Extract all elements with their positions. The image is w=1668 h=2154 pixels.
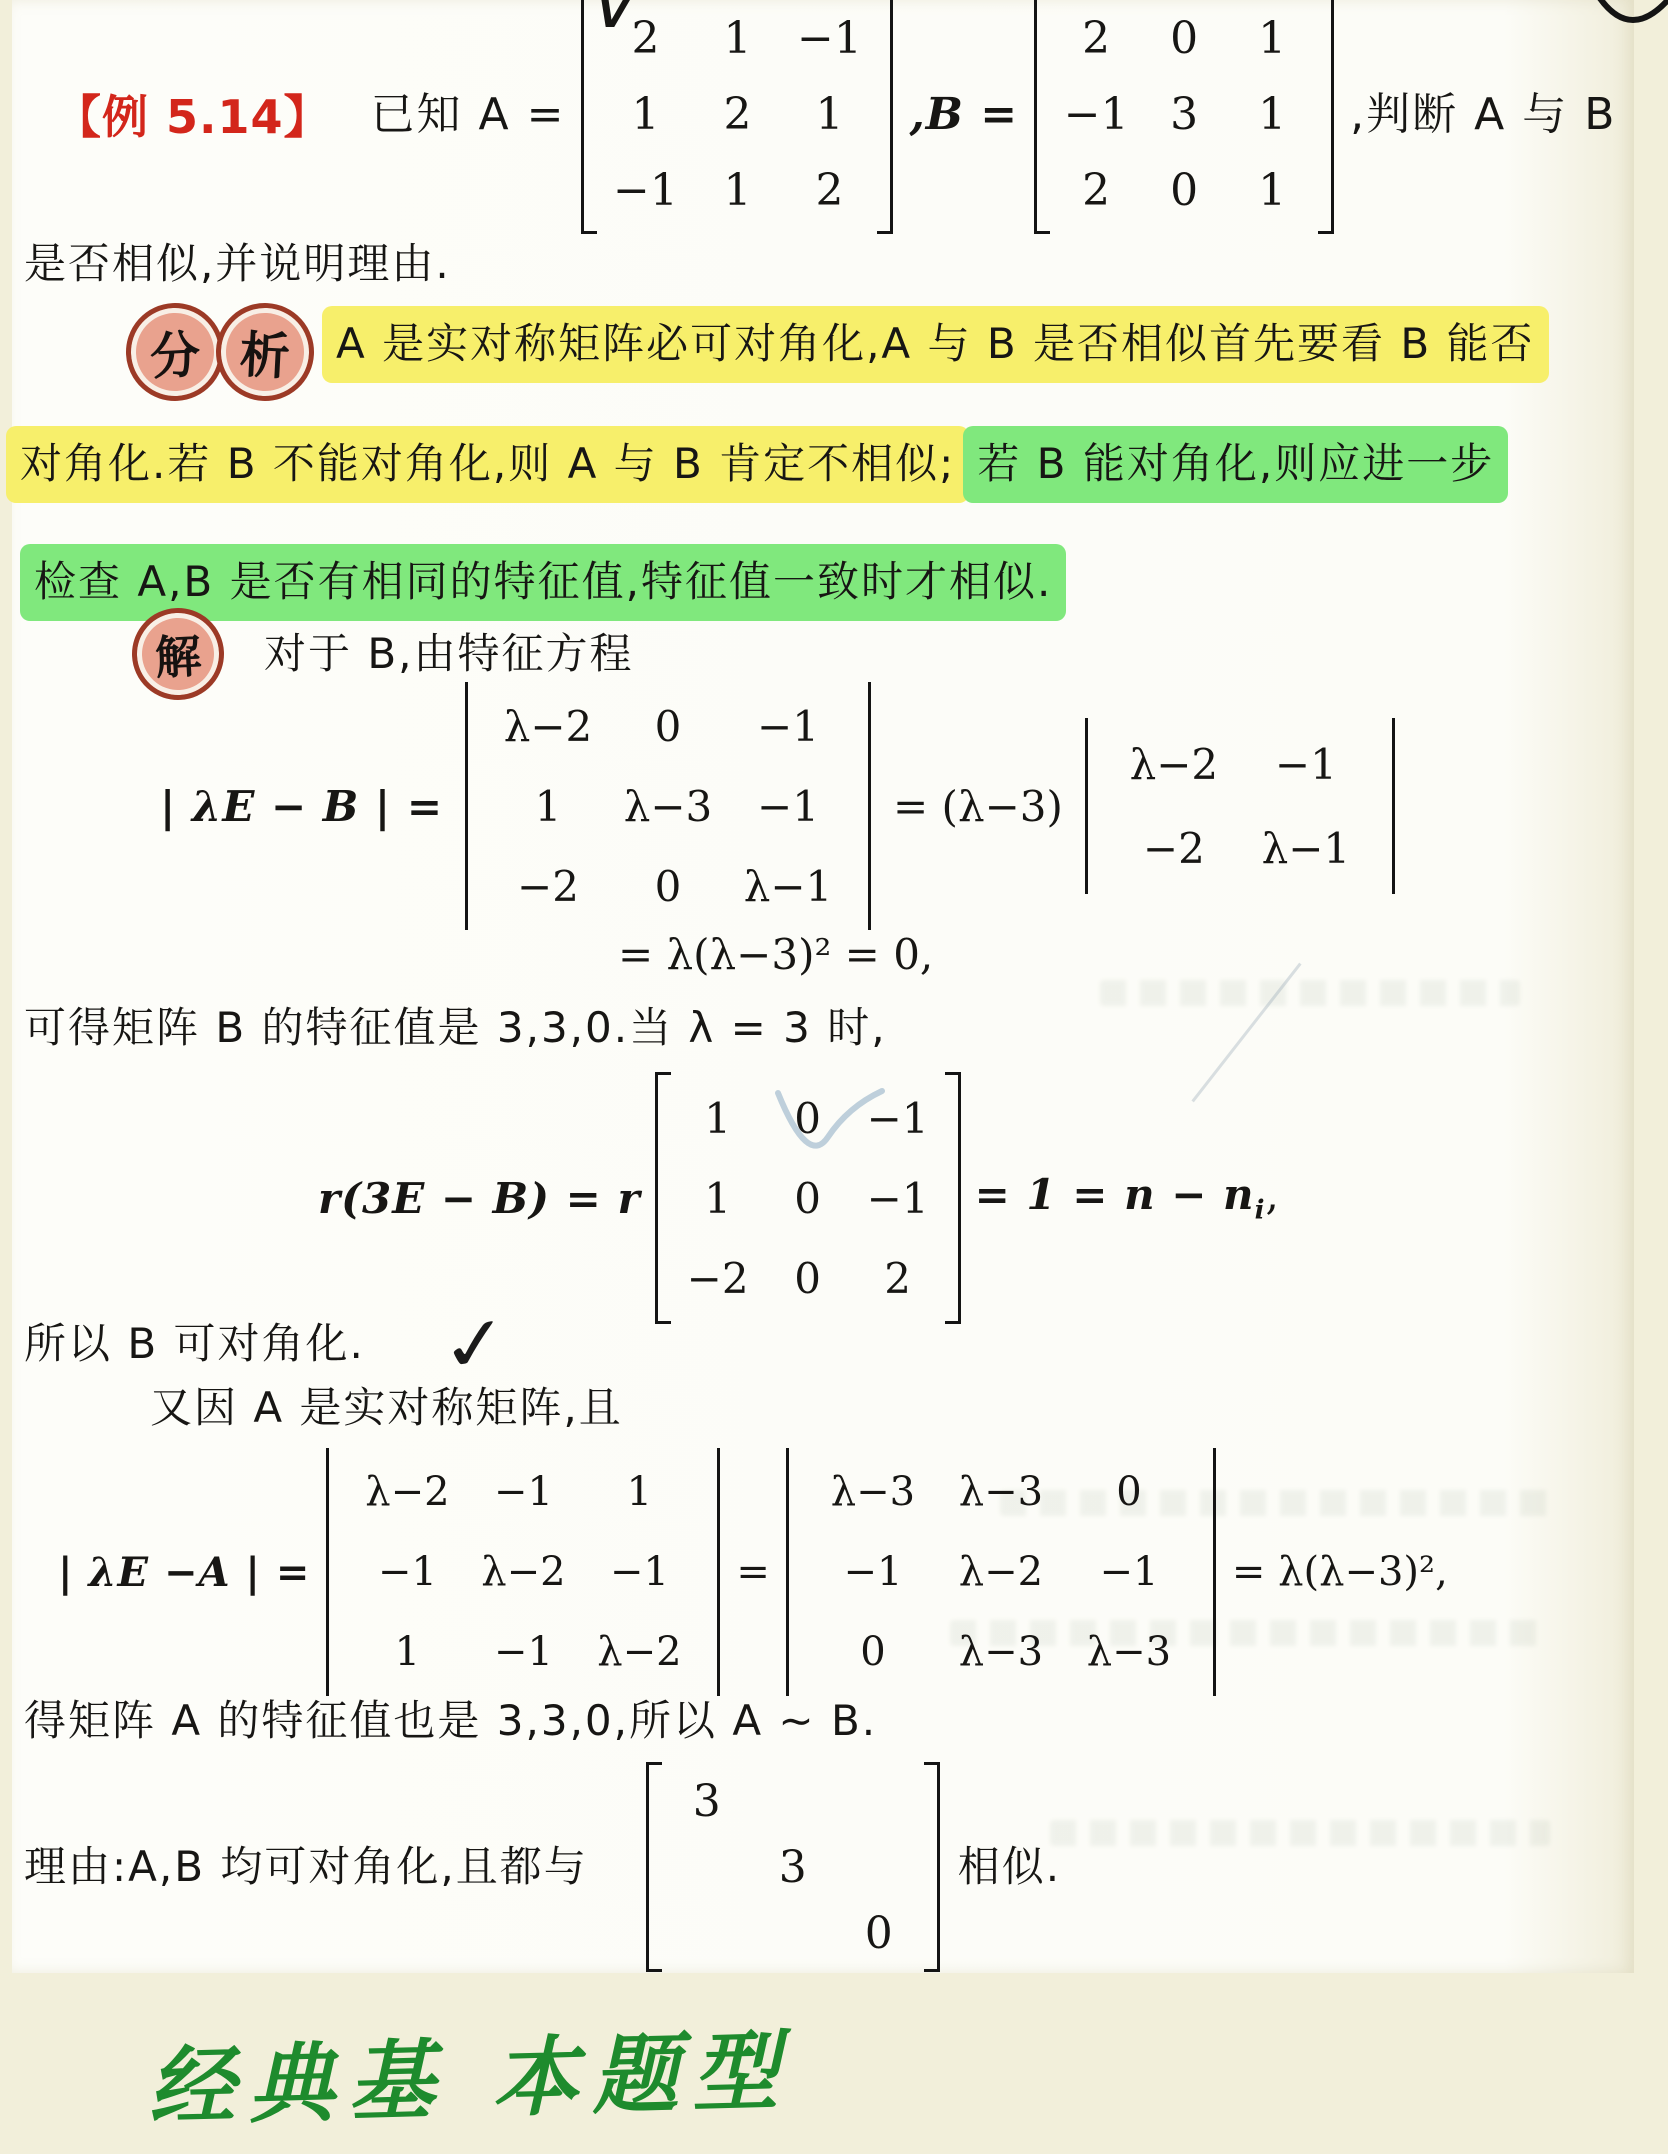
matrix-row: λ−20−1 bbox=[488, 686, 848, 766]
matrix-a: 21−1121−112 bbox=[581, 0, 893, 234]
matrix-cell: λ−2 bbox=[581, 1612, 697, 1692]
eq3-result: = λ(λ−3)², bbox=[1232, 1549, 1448, 1595]
eigen-a-line: 得矩阵 A 的特征值也是 3,3,0,所以 A ∼ B. bbox=[24, 1695, 877, 1748]
matrix-cell: λ−2 bbox=[1108, 722, 1240, 806]
b-separator: ,B = bbox=[909, 89, 1018, 140]
symmetric-a-text: 又因 A 是实对称矩阵,且 bbox=[150, 1382, 623, 1435]
judge-suffix: ,判断 A 与 B bbox=[1350, 87, 1616, 142]
statement-line-2: 是否相似,并说明理由. bbox=[24, 238, 451, 291]
matrix-cell: 2 bbox=[691, 76, 783, 152]
matrix-cell: 1 bbox=[691, 152, 783, 228]
matrix-row: −202 bbox=[673, 1238, 943, 1318]
analysis-badge-circle-1: 分 bbox=[124, 301, 227, 404]
matrix-cell: λ−3 bbox=[809, 1452, 937, 1532]
example-label: 【例 5.14】 bbox=[55, 81, 331, 147]
analysis-line-1: A 是实对称矩阵必可对角化,A 与 B 是否相似首先要看 B 能否 bbox=[322, 306, 1549, 383]
eq1-result-text: = λ(λ−3)² = 0, bbox=[618, 930, 933, 979]
matrix-cell: −1 bbox=[1065, 1532, 1193, 1612]
matrix-cell: −1 bbox=[1052, 76, 1140, 152]
bleedthrough-texture bbox=[1050, 1820, 1550, 1846]
matrix-cell: 0 bbox=[836, 1900, 922, 1966]
bleedthrough-texture bbox=[1100, 980, 1520, 1006]
det-lambda-e-minus-a-2: λ−3λ−30−1λ−2−10λ−3λ−3 bbox=[786, 1448, 1216, 1696]
analysis-badge: 分 析 bbox=[126, 303, 314, 401]
matrix-cell: −1 bbox=[349, 1532, 465, 1612]
matrix-cell: λ−1 bbox=[728, 846, 848, 926]
matrix-cell: 2 bbox=[853, 1238, 943, 1318]
matrix-cell: λ−2 bbox=[488, 686, 608, 766]
eigen-a-text: 得矩阵 A 的特征值也是 3,3,0,所以 A ∼ B. bbox=[24, 1695, 877, 1748]
eigen-b-text: 可得矩阵 B 的特征值是 3,3,0.当 λ = 3 时, bbox=[24, 1002, 887, 1055]
matrix-row: −2λ−1 bbox=[1108, 806, 1372, 890]
pen-blue-check-mark bbox=[770, 1085, 890, 1175]
matrix-cell: λ−3 bbox=[937, 1612, 1065, 1692]
matrix-cell: −1 bbox=[581, 1532, 697, 1612]
equation-1-result: = λ(λ−3)² = 0, bbox=[618, 930, 933, 979]
matrix-row: −131 bbox=[1052, 76, 1316, 152]
eq3-equals: = bbox=[736, 1549, 770, 1595]
matrix-row: −1λ−2−1 bbox=[349, 1532, 697, 1612]
matrix-cell: 1 bbox=[783, 76, 875, 152]
matrix-cell: 0 bbox=[1140, 0, 1228, 76]
matrix-row: 0λ−3λ−3 bbox=[809, 1612, 1193, 1692]
eq2-result: = 1 = n − ni, bbox=[975, 1170, 1279, 1225]
analysis-green-text-1: 若 B 能对角化,则应进一步 bbox=[963, 426, 1508, 503]
matrix-cell: 0 bbox=[608, 846, 728, 926]
matrix-row: 201 bbox=[1052, 0, 1316, 76]
matrix-row: 21−1 bbox=[599, 0, 875, 76]
matrix-cell: −1 bbox=[465, 1452, 581, 1532]
matrix-cell: λ−1 bbox=[1240, 806, 1372, 890]
matrix-row: 0 bbox=[664, 1900, 922, 1966]
matrix-cell: −1 bbox=[728, 686, 848, 766]
matrix-cell: 1 bbox=[581, 1452, 697, 1532]
matrix-cell bbox=[664, 1834, 750, 1900]
matrix-cell: 0 bbox=[1065, 1452, 1193, 1532]
matrix-row: −1λ−2−1 bbox=[809, 1532, 1193, 1612]
matrix-cell: λ−2 bbox=[349, 1452, 465, 1532]
matrix-cell: 1 bbox=[599, 76, 691, 152]
analysis-badge-circle-2: 析 bbox=[214, 301, 317, 404]
diagonal-matrix: 330 bbox=[646, 1762, 940, 1972]
matrix-cell: 3 bbox=[664, 1768, 750, 1834]
matrix-cell: 1 bbox=[673, 1078, 763, 1158]
matrix-cell bbox=[750, 1768, 836, 1834]
eq1-mid: = (λ−3) bbox=[893, 782, 1063, 831]
matrix-cell bbox=[836, 1834, 922, 1900]
matrix-cell: 2 bbox=[1052, 152, 1140, 228]
reason-suffix-text: 相似. bbox=[958, 1841, 1061, 1894]
matrix-b: 201−131201 bbox=[1034, 0, 1334, 234]
eq2-result-main: = 1 = n − n bbox=[975, 1170, 1255, 1219]
matrix-cell: −1 bbox=[465, 1612, 581, 1692]
eq2-result-tail: , bbox=[1265, 1170, 1278, 1219]
matrix-row: 3 bbox=[664, 1768, 922, 1834]
eigen-b-line: 可得矩阵 B 的特征值是 3,3,0.当 λ = 3 时, bbox=[24, 1002, 887, 1055]
equation-3: | λE −A | = λ−2−11−1λ−2−11−1λ−2 = λ−3λ−3… bbox=[58, 1448, 1448, 1696]
matrix-cell: λ−2 bbox=[937, 1532, 1065, 1612]
matrix-cell: 2 bbox=[783, 152, 875, 228]
matrix-cell bbox=[750, 1900, 836, 1966]
matrix-cell: 0 bbox=[809, 1612, 937, 1692]
matrix-cell: −1 bbox=[783, 0, 875, 76]
matrix-row: 3 bbox=[664, 1834, 922, 1900]
matrix-row: −20λ−1 bbox=[488, 846, 848, 926]
matrix-cell: 1 bbox=[1228, 76, 1316, 152]
matrix-cell: 0 bbox=[763, 1238, 853, 1318]
eq2-lhs: r(3E − B) = r bbox=[318, 1174, 641, 1223]
matrix-cell: λ−3 bbox=[608, 766, 728, 846]
analysis-line-2: 对角化.若 B 不能对角化,则 A 与 B 肯定不相似; 若 B 能对角化,则应… bbox=[6, 426, 1508, 503]
det-lambda-e-minus-b: λ−20−11λ−3−1−20λ−1 bbox=[465, 682, 871, 930]
matrix-cell: −1 bbox=[809, 1532, 937, 1612]
equation-1: | λE − B | = λ−20−11λ−3−1−20λ−1 = (λ−3) … bbox=[160, 682, 1395, 930]
reason-prefix-text: 理由:A,B 均可对角化,且都与 bbox=[24, 1841, 588, 1894]
matrix-cell: λ−3 bbox=[1065, 1612, 1193, 1692]
matrix-cell: −2 bbox=[488, 846, 608, 926]
matrix-cell: 1 bbox=[1228, 0, 1316, 76]
conclusion-b-row: 所以 B 可对角化. ✓ bbox=[24, 1302, 505, 1386]
solution-intro-text: 对于 B,由特征方程 bbox=[264, 628, 634, 681]
matrix-row: 1λ−3−1 bbox=[488, 766, 848, 846]
eq3-lhs: | λE −A | = bbox=[58, 1549, 310, 1596]
matrix-cell: 1 bbox=[673, 1158, 763, 1238]
matrix-row: 121 bbox=[599, 76, 875, 152]
statement-line-2-text: 是否相似,并说明理由. bbox=[24, 238, 451, 291]
matrix-cell: 0 bbox=[608, 686, 728, 766]
pen-corner-stroke bbox=[1595, 0, 1668, 32]
matrix-cell: −2 bbox=[673, 1238, 763, 1318]
matrix-row: −112 bbox=[599, 152, 875, 228]
reason-row: 理由:A,B 均可对角化,且都与 330 相似. bbox=[24, 1762, 1061, 1972]
matrix-cell: 1 bbox=[691, 0, 783, 76]
matrix-cell: 1 bbox=[1228, 152, 1316, 228]
det-b-minor: λ−2−1−2λ−1 bbox=[1085, 718, 1395, 894]
matrix-row: 201 bbox=[1052, 152, 1316, 228]
matrix-cell: −2 bbox=[1108, 806, 1240, 890]
matrix-cell: 1 bbox=[488, 766, 608, 846]
matrix-cell bbox=[664, 1900, 750, 1966]
matrix-cell: 3 bbox=[1140, 76, 1228, 152]
matrix-row: λ−2−1 bbox=[1108, 722, 1372, 806]
matrix-cell: 2 bbox=[1052, 0, 1140, 76]
matrix-cell: 0 bbox=[1140, 152, 1228, 228]
matrix-cell: −1 bbox=[599, 152, 691, 228]
matrix-row: 1−1λ−2 bbox=[349, 1612, 697, 1692]
eq2-result-subscript: i bbox=[1255, 1196, 1266, 1226]
det-lambda-e-minus-a-1: λ−2−11−1λ−2−11−1λ−2 bbox=[326, 1448, 720, 1696]
known-prefix: 已知 A = bbox=[371, 87, 566, 142]
handwriting-note: 经典基 本题型 bbox=[146, 2002, 793, 2143]
problem-header-row: 【例 5.14】 已知 A = 21−1121−112 ,B = 201−131… bbox=[55, 0, 1616, 234]
matrix-row: λ−3λ−30 bbox=[809, 1452, 1193, 1532]
handwriting-row: 经典基 本题型 bbox=[148, 2010, 792, 2134]
matrix-cell: −1 bbox=[728, 766, 848, 846]
matrix-cell: −1 bbox=[1240, 722, 1372, 806]
matrix-cell: λ−2 bbox=[465, 1532, 581, 1612]
matrix-cell: 3 bbox=[750, 1834, 836, 1900]
analysis-yellow-text-1: A 是实对称矩阵必可对角化,A 与 B 是否相似首先要看 B 能否 bbox=[322, 306, 1549, 383]
textbook-page: { "header": { "example_label": "【例 5.14】… bbox=[0, 0, 1668, 2154]
matrix-cell: λ−3 bbox=[937, 1452, 1065, 1532]
checkmark-annotation: ✓ bbox=[435, 1298, 515, 1391]
eq1-lhs: | λE − B | = bbox=[160, 782, 443, 831]
conclusion-b-text: 所以 B 可对角化. bbox=[24, 1318, 365, 1371]
matrix-cell: 1 bbox=[349, 1612, 465, 1692]
analysis-yellow-text-2: 对角化.若 B 不能对角化,则 A 与 B 肯定不相似; bbox=[6, 426, 969, 503]
matrix-row: λ−2−11 bbox=[349, 1452, 697, 1532]
symmetric-a-line: 又因 A 是实对称矩阵,且 bbox=[150, 1382, 623, 1435]
matrix-cell bbox=[836, 1768, 922, 1834]
